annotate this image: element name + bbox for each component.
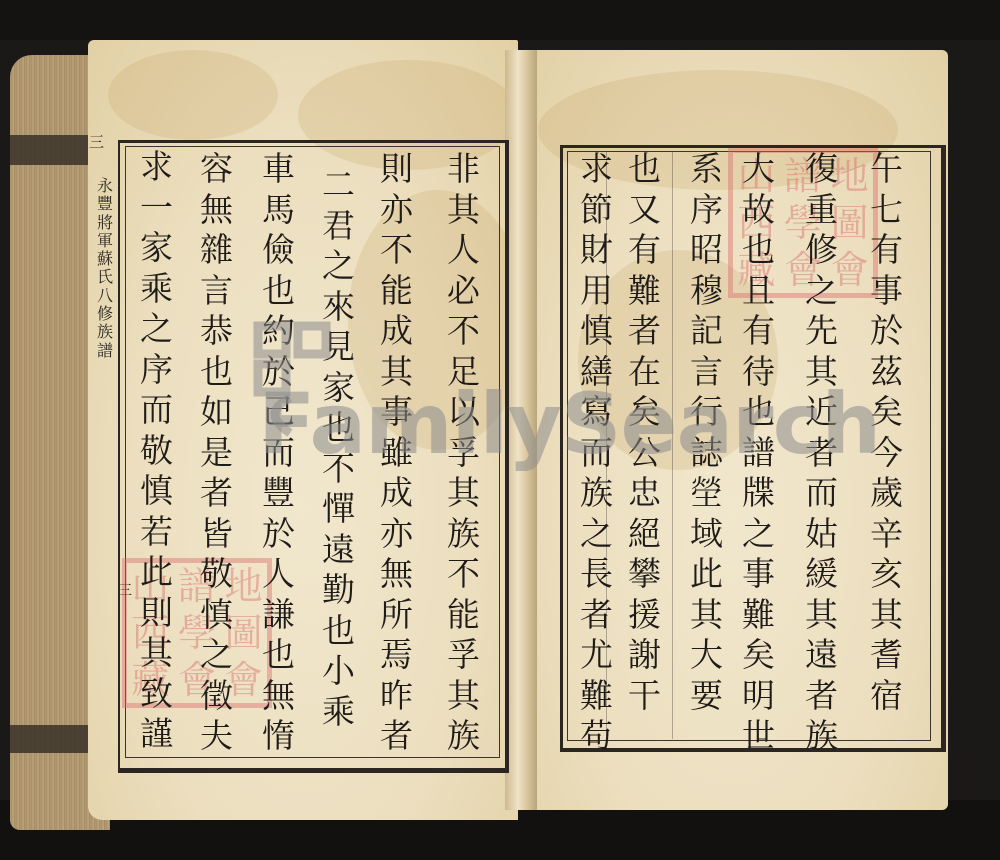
character: 一 (140, 191, 173, 232)
character: 其 (447, 679, 480, 720)
character: 尤 (580, 638, 613, 679)
character: 豐 (262, 476, 295, 517)
character: 必 (447, 274, 480, 315)
character: 其 (690, 598, 723, 639)
character: 也 (742, 233, 775, 274)
character: 乘 (140, 272, 173, 313)
character: 也 (628, 152, 661, 193)
character: 儉 (262, 233, 295, 274)
character: 其 (805, 598, 838, 639)
character: 致 (140, 677, 173, 718)
character: 無 (262, 679, 295, 720)
character: 憚 (322, 492, 355, 533)
top-margin-mark: 三 (89, 131, 104, 152)
character: 慎 (140, 474, 173, 515)
character: 其 (447, 193, 480, 234)
character: 其 (870, 598, 903, 639)
character: 成 (380, 314, 413, 355)
character: 此 (140, 555, 173, 596)
character: 人 (262, 557, 295, 598)
character: 如 (200, 395, 233, 436)
character: 系 (690, 152, 723, 193)
character: 之 (805, 274, 838, 315)
character: 塋 (690, 476, 723, 517)
character: 援 (628, 598, 661, 639)
character: 苟 (580, 719, 613, 760)
character: 惰 (262, 719, 295, 760)
edge-band-bottom (10, 725, 90, 753)
character: 不 (447, 314, 480, 355)
character: 二 (322, 168, 355, 209)
book-margin-title: 永豐將軍蘇氏八修族譜 (97, 178, 113, 361)
character: 先 (805, 314, 838, 355)
character: 午 (870, 152, 903, 193)
character: 於 (870, 314, 903, 355)
character: 言 (200, 274, 233, 315)
character: 焉 (380, 638, 413, 679)
character: 此 (690, 557, 723, 598)
character: 財 (580, 233, 613, 274)
character: 者 (380, 719, 413, 760)
character: 慎 (200, 598, 233, 639)
character: 譜 (97, 343, 113, 361)
character: 所 (380, 598, 413, 639)
character: 是 (200, 436, 233, 477)
character: 之 (580, 517, 613, 558)
character: 於 (262, 517, 295, 558)
character: 有 (742, 314, 775, 355)
character: 雜 (200, 233, 233, 274)
edge-band-top (10, 135, 90, 165)
character: 長 (580, 557, 613, 598)
character: 家 (140, 231, 173, 272)
character: 其 (447, 476, 480, 517)
character: 耆 (870, 638, 903, 679)
character: 謝 (628, 638, 661, 679)
character: 重 (805, 193, 838, 234)
character: 歲 (870, 476, 903, 517)
character: 敬 (200, 557, 233, 598)
character: 夫 (200, 719, 233, 760)
character: 難 (628, 274, 661, 315)
left-text-column-5: 容無雜言恭也如是者皆敬慎之徵夫 (200, 152, 233, 760)
character: 遠 (322, 533, 355, 574)
character: 非 (447, 152, 480, 193)
character: 干 (628, 679, 661, 720)
character: 恭 (200, 314, 233, 355)
character: 而 (805, 476, 838, 517)
character: 矣 (742, 638, 775, 679)
character: 也 (322, 614, 355, 655)
character: 車 (262, 152, 295, 193)
character: 大 (742, 152, 775, 193)
character: 也 (262, 638, 295, 679)
character: 事 (742, 557, 775, 598)
character: 者 (580, 598, 613, 639)
character: 族 (580, 476, 613, 517)
character: 也 (200, 355, 233, 396)
character: 難 (580, 679, 613, 720)
character: 成 (380, 476, 413, 517)
character: 能 (447, 598, 480, 639)
character: 無 (380, 557, 413, 598)
character: 勤 (322, 573, 355, 614)
character: 孚 (447, 638, 480, 679)
character: 且 (742, 274, 775, 315)
character: 攀 (628, 557, 661, 598)
character: 昭 (690, 233, 723, 274)
character: 亥 (870, 557, 903, 598)
character: 則 (380, 152, 413, 193)
character: 乘 (322, 695, 355, 736)
character: 若 (140, 515, 173, 556)
character: 者 (805, 679, 838, 720)
character: 君 (322, 209, 355, 250)
character: 亦 (380, 517, 413, 558)
character: 節 (580, 193, 613, 234)
character: 之 (140, 312, 173, 353)
character: 無 (200, 193, 233, 234)
character: 亦 (380, 193, 413, 234)
character: 絕 (628, 517, 661, 558)
character: 宿 (870, 679, 903, 720)
character: 族 (97, 324, 113, 342)
character: 慎 (580, 314, 613, 355)
character: 者 (200, 476, 233, 517)
character: 要 (690, 679, 723, 720)
character: 修 (805, 233, 838, 274)
character: 用 (580, 274, 613, 315)
character: 故 (742, 193, 775, 234)
character: 不 (380, 233, 413, 274)
character: 能 (380, 274, 413, 315)
character: 域 (690, 517, 723, 558)
character: 謙 (262, 598, 295, 639)
character: 穆 (690, 274, 723, 315)
character: 難 (742, 598, 775, 639)
character: 姑 (805, 517, 838, 558)
page-number: 三 (118, 580, 132, 600)
character: 辛 (870, 517, 903, 558)
character: 馬 (262, 193, 295, 234)
character: 遠 (805, 638, 838, 679)
character: 求 (140, 150, 173, 191)
left-text-column-6: 求一家乘之序而敬慎若此則其致謹 (140, 150, 173, 758)
character: 序 (140, 353, 173, 394)
character: 族 (805, 719, 838, 760)
character: 者 (628, 314, 661, 355)
character: 容 (200, 152, 233, 193)
character: 其 (140, 636, 173, 677)
character: 牒 (742, 476, 775, 517)
character: 序 (690, 193, 723, 234)
character: 不 (447, 557, 480, 598)
character: 則 (140, 596, 173, 637)
character: 族 (447, 517, 480, 558)
character: 忠 (628, 476, 661, 517)
character: 而 (140, 393, 173, 434)
character: 之 (322, 249, 355, 290)
character: 事 (870, 274, 903, 315)
character: 謹 (140, 717, 173, 758)
character: 世 (742, 719, 775, 760)
character: 復 (805, 152, 838, 193)
character: 明 (742, 679, 775, 720)
character: 徵 (200, 679, 233, 720)
character: 族 (447, 719, 480, 760)
character: 七 (870, 193, 903, 234)
background-top (0, 0, 1000, 40)
character: 之 (200, 638, 233, 679)
character: 之 (742, 517, 775, 558)
character: 昨 (380, 679, 413, 720)
character: 小 (322, 654, 355, 695)
character: 敬 (140, 434, 173, 475)
watermark-text: FamilySearch (258, 375, 880, 473)
character: 人 (447, 233, 480, 274)
character: 求 (580, 152, 613, 193)
character: 有 (870, 233, 903, 274)
character: 大 (690, 638, 723, 679)
character: 又 (628, 193, 661, 234)
character: 有 (628, 233, 661, 274)
character: 豐 (97, 196, 113, 214)
character: 緩 (805, 557, 838, 598)
character: 記 (690, 314, 723, 355)
character: 皆 (200, 517, 233, 558)
character: 也 (262, 274, 295, 315)
